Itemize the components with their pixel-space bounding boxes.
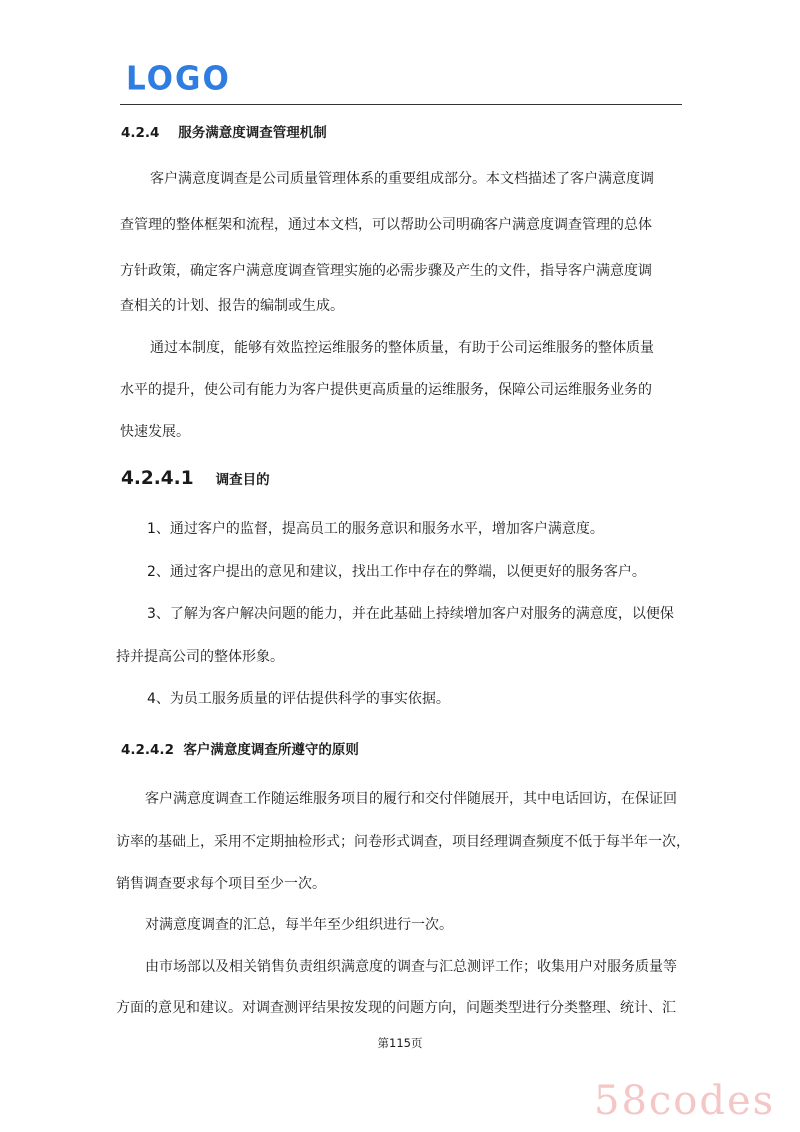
section-heading: 4.2.4 服务满意度调查管理机制 xyxy=(121,121,327,141)
paragraph-line: 客户满意度调查是公司质量管理体系的重要组成部分。本文档描述了客户满意度调 xyxy=(150,170,654,188)
subsection-heading-purpose: 4.2.4.1调查目的 xyxy=(121,468,270,489)
subsection-heading-principles: 4.2.4.2 客户满意度调查所遵守的原则 xyxy=(121,738,359,758)
subsection-number: 4.2.4.1 xyxy=(121,468,194,489)
paragraph-line: 水平的提升，使公司有能力为客户提供更高质量的运维服务，保障公司运维服务业务的 xyxy=(120,381,652,399)
subsection-title: 调查目的 xyxy=(216,472,270,488)
list-item: 1、通过客户的监督，提高员工的服务意识和服务水平，增加客户满意度。 xyxy=(147,520,604,538)
watermark: 58codes xyxy=(594,1078,775,1124)
paragraph-line: 访率的基础上，采用不定期抽检形式；问卷形式调查，项目经理调查频度不低于每半年一次… xyxy=(116,833,690,851)
list-item-continuation: 持并提高公司的整体形象。 xyxy=(116,648,284,666)
paragraph-line: 方针政策，确定客户满意度调查管理实施的必需步骤及产生的文件，指导客户满意度调 xyxy=(120,262,652,280)
paragraph-line: 方面的意见和建议。对调查测评结果按发现的问题方向，问题类型进行分类整理、统计、汇 xyxy=(116,999,676,1017)
header-divider xyxy=(120,104,682,105)
paragraph-line: 快速发展。 xyxy=(120,423,190,441)
paragraph-line: 通过本制度，能够有效监控运维服务的整体质量，有助于公司运维服务的整体质量 xyxy=(150,339,654,357)
paragraph-line: 销售调查要求每个项目至少一次。 xyxy=(116,875,326,893)
list-item: 4、为员工服务质量的评估提供科学的事实依据。 xyxy=(147,690,450,708)
paragraph-line: 对满意度调查的汇总，每半年至少组织进行一次。 xyxy=(145,916,453,934)
logo: LOGO xyxy=(126,61,231,97)
paragraph-line: 客户满意度调查工作随运维服务项目的履行和交付伴随展开，其中电话回访，在保证回 xyxy=(145,790,677,808)
list-item: 2、通过客户提出的意见和建议，找出工作中存在的弊端，以便更好的服务客户。 xyxy=(147,563,646,581)
paragraph-line: 查相关的计划、报告的编制或生成。 xyxy=(120,297,344,315)
paragraph-line: 由市场部以及相关销售负责组织满意度的调查与汇总测评工作；收集用户对服务质量等 xyxy=(145,958,677,976)
paragraph-line: 查管理的整体框架和流程，通过本文档，可以帮助公司明确客户满意度调查管理的总体 xyxy=(120,216,652,234)
list-item: 3、了解为客户解决问题的能力，并在此基础上持续增加客户对服务的满意度，以便保 xyxy=(147,605,674,623)
page-number: 第115页 xyxy=(0,1035,800,1051)
